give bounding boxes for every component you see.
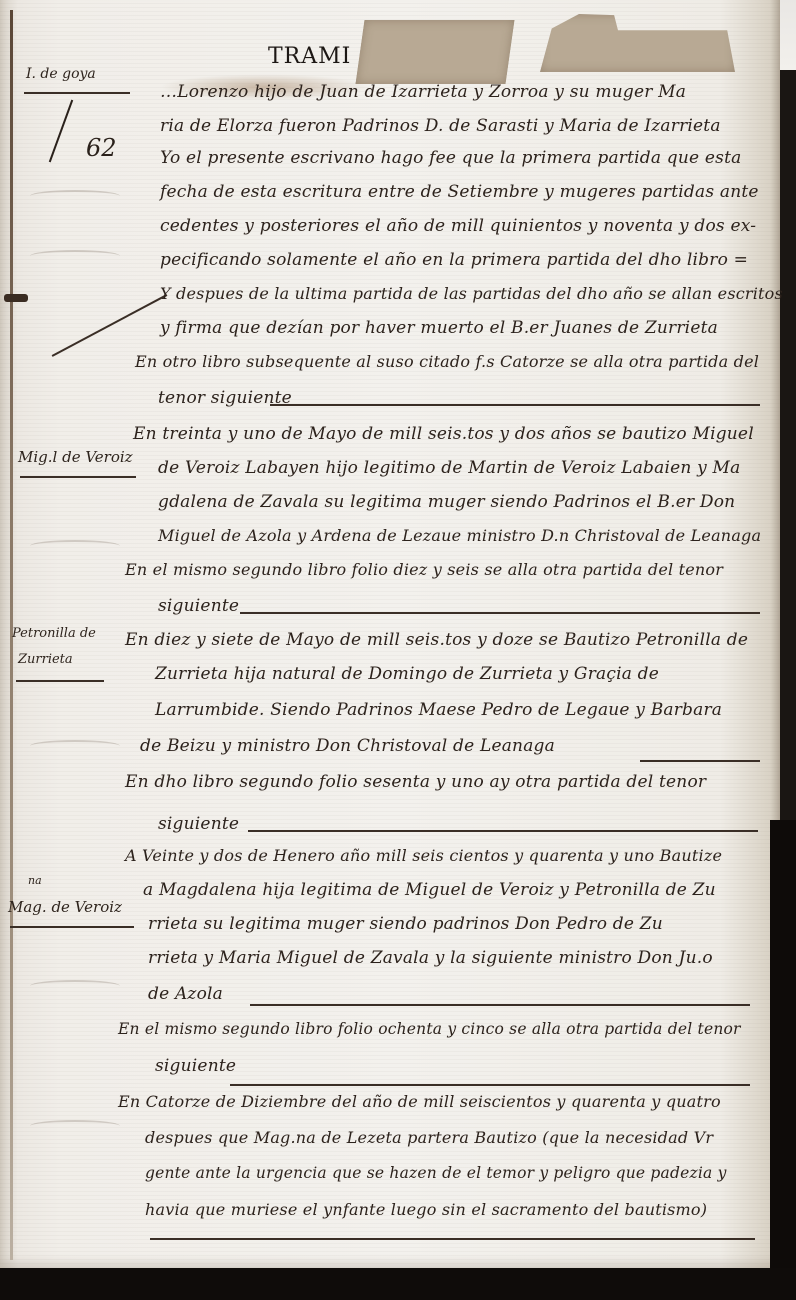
manuscript-page: TRAMI 62 I. de goya Mig.l de Veroiz Petr… [0, 0, 780, 1268]
margin-note-magdalena: Mag. de Veroiz [8, 898, 122, 916]
text-line: fecha de esta escritura entre de Setiemb… [160, 182, 759, 202]
text-line: despues que Mag.na de Lezeta partera Bau… [145, 1128, 713, 1147]
ink-bleed-through [30, 740, 120, 752]
text-line: En treinta y uno de Mayo de mill seis.to… [133, 424, 754, 444]
binding-stain [4, 294, 28, 302]
text-line: siguiente [155, 1056, 236, 1076]
text-line: ria de Elorza fueron Padrinos D. de Sara… [160, 116, 721, 136]
folio-number: 62 [86, 134, 117, 162]
ink-bleed-through [30, 1120, 120, 1132]
margin-underline [20, 476, 136, 478]
text-line: rrieta y Maria Miguel de Zavala y la sig… [148, 948, 713, 968]
text-line: Y despues de la ultima partida de las pa… [160, 284, 783, 303]
margin-note-top: I. de goya [26, 66, 96, 82]
torn-paper-fragment [540, 14, 735, 72]
printed-header: TRAMI [268, 44, 351, 69]
section-rule [640, 760, 760, 762]
text-line: gente ante la urgencia que se hazen de e… [145, 1164, 727, 1182]
text-line: y firma que dezían por haver muerto el B… [160, 318, 718, 338]
text-line: Zurrieta hija natural de Domingo de Zurr… [155, 664, 659, 684]
text-line: …Lorenzo hijo de Juan de Izarrieta y Zor… [160, 82, 686, 102]
text-line: pecificando solamente el año en la prime… [160, 250, 748, 270]
margin-note-miguel: Mig.l de Veroiz [18, 448, 133, 466]
section-rule [150, 1238, 755, 1240]
text-line: de Beizu y ministro Don Christoval de Le… [140, 736, 555, 756]
margin-note-petronilla-surname: Zurrieta [18, 652, 73, 667]
ink-bleed-through [30, 540, 120, 552]
section-rule [250, 1004, 750, 1006]
text-line: En el mismo segundo libro folio diez y s… [125, 560, 723, 579]
margin-underline [24, 92, 130, 94]
background-edge [770, 820, 796, 1300]
text-line: rrieta su legitima muger siendo padrinos… [148, 914, 663, 934]
folio-slash-mark [49, 100, 73, 163]
ink-bleed-through [30, 190, 120, 202]
text-line: de Azola [148, 984, 223, 1004]
text-line: En Catorze de Diziembre del año de mill … [118, 1092, 721, 1111]
text-line: Larrumbide. Siendo Padrinos Maese Pedro … [155, 700, 722, 720]
text-line: En el mismo segundo libro folio ochenta … [118, 1020, 741, 1038]
margin-underline [16, 680, 104, 682]
margin-underline [10, 926, 134, 928]
pen-stroke [52, 294, 167, 356]
ink-bleed-through [30, 250, 120, 262]
section-rule [248, 830, 758, 832]
text-line: cedentes y posteriores el año de mill qu… [160, 216, 756, 236]
text-line: siguiente [158, 596, 239, 616]
ink-bleed-through [30, 980, 120, 992]
text-line: A Veinte y dos de Henero año mill seis c… [125, 846, 722, 865]
text-line: gdalena de Zavala su legitima muger sien… [158, 492, 735, 512]
torn-paper-fragment [356, 20, 515, 84]
text-line: de Veroiz Labayen hijo legitimo de Marti… [158, 458, 740, 478]
text-line: En dho libro segundo folio sesenta y uno… [125, 772, 706, 792]
text-line: havia que muriese el ynfante luego sin e… [145, 1200, 707, 1219]
section-rule [240, 612, 760, 614]
text-line: En diez y siete de Mayo de mill seis.tos… [125, 630, 748, 650]
background-bottom [0, 1268, 796, 1300]
text-line: En otro libro subsequente al suso citado… [135, 352, 759, 371]
section-rule [230, 1084, 750, 1086]
text-line: siguiente [158, 814, 239, 834]
text-line: a Magdalena hija legitima de Miguel de V… [143, 880, 716, 900]
margin-note-superscript: na [28, 874, 42, 887]
margin-note-petronilla: Petronilla de [12, 626, 96, 641]
text-line: Miguel de Azola y Ardena de Lezaue minis… [158, 526, 761, 545]
section-rule [270, 404, 760, 406]
text-line: Yo el presente escrivano hago fee que la… [160, 148, 741, 168]
